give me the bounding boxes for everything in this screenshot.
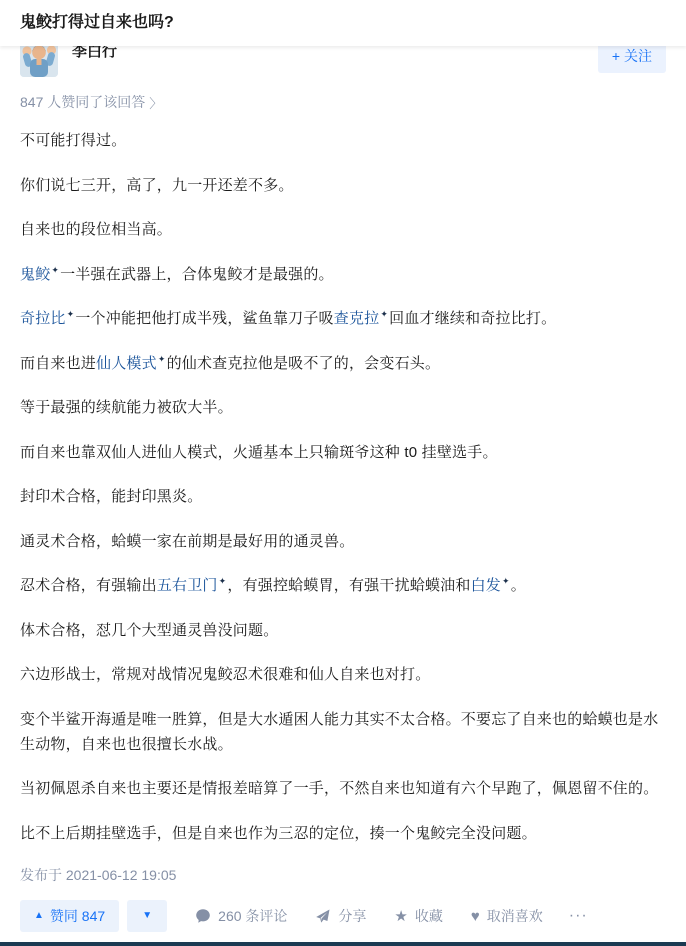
triangle-down-icon: ▼ bbox=[142, 911, 152, 921]
paragraph-text: 你们说七三开，高了，九一开还差不多。 bbox=[20, 177, 294, 194]
question-title[interactable]: 鬼鲛打得过自来也吗? bbox=[20, 11, 666, 35]
entity-search-icon[interactable]: ✦ bbox=[67, 310, 75, 319]
paragraph-text: 。 bbox=[511, 577, 526, 594]
paragraph-text: 不可能打得过。 bbox=[20, 132, 126, 149]
upvote-count-link[interactable]: 847 人赞同了该回答 〉 bbox=[0, 92, 182, 112]
star-icon: ★ bbox=[394, 909, 407, 924]
paragraph-text: 自来也的段位相当高。 bbox=[20, 221, 172, 238]
paragraph-text: 一个冲能把他打成半残，鲨鱼靠刀子吸 bbox=[75, 310, 333, 327]
entity-search-icon[interactable]: ✦ bbox=[158, 355, 166, 364]
paragraph-text: 回血才继续和奇拉比打。 bbox=[389, 310, 556, 327]
bottom-window-edge bbox=[0, 942, 686, 946]
upvote-button-label: 赞同 847 bbox=[50, 906, 105, 926]
comment-bubble-icon bbox=[195, 908, 211, 924]
answer-paragraph: 奇拉比✦一个冲能把他打成半残，鲨鱼靠刀子吸查克拉✦回血才继续和奇拉比打。 bbox=[20, 306, 666, 331]
answer-paragraph: 封印术合格，能封印黑炎。 bbox=[20, 484, 666, 509]
more-options-button[interactable]: ··· bbox=[569, 907, 588, 925]
answer-content: 不可能打得过。你们说七三开，高了，九一开还差不多。自来也的段位相当高。鬼鲛✦一半… bbox=[0, 128, 686, 846]
answer-paragraph: 体术合格，怼几个大型通灵兽没问题。 bbox=[20, 618, 666, 643]
upvote-button[interactable]: ▲ 赞同 847 bbox=[20, 900, 119, 932]
share-label: 分享 bbox=[338, 906, 366, 926]
comments-button[interactable]: 260 条评论 bbox=[195, 906, 287, 926]
chevron-right-icon: 〉 bbox=[149, 93, 162, 112]
paragraph-text: 封印术合格，能封印黑炎。 bbox=[20, 488, 202, 505]
paragraph-text: ，有强控蛤蟆胃，有强干扰蛤蟆油和 bbox=[227, 577, 470, 594]
answer-paragraph: 变个半鲨开海遁是唯一胜算，但是大水遁困人能力其实不太合格。不要忘了自来也的蛤蟆也… bbox=[20, 707, 666, 757]
action-bar: ▲ 赞同 847 ▼ 260 条评论 分享 ★ 收藏 bbox=[0, 900, 686, 932]
entity-link[interactable]: 五右卫门✦ bbox=[157, 577, 228, 594]
answer-paragraph: 自来也的段位相当高。 bbox=[20, 217, 666, 242]
paragraph-text: 忍术合格，有强输出 bbox=[20, 577, 157, 594]
downvote-button[interactable]: ▼ bbox=[127, 900, 167, 932]
paragraph-text: 一半强在武器上，合体鬼鲛才是最强的。 bbox=[60, 266, 334, 283]
answer-paragraph: 等于最强的续航能力被砍大半。 bbox=[20, 395, 666, 420]
entity-link[interactable]: 白发✦ bbox=[471, 577, 511, 594]
paragraph-text: 等于最强的续航能力被砍大半。 bbox=[20, 399, 233, 416]
paragraph-text: 当初佩恩杀自来也主要还是情报差暗算了一手，不然自来也知道有六个早跑了，佩恩留不住… bbox=[20, 780, 658, 797]
paper-plane-icon bbox=[315, 908, 331, 924]
publish-time: 发布于 2021-06-12 19:05 bbox=[0, 865, 686, 885]
entity-search-icon[interactable]: ✦ bbox=[219, 577, 227, 586]
entity-search-icon[interactable]: ✦ bbox=[502, 577, 510, 586]
paragraph-text: 比不上后期挂壁选手，但是自来也作为三忍的定位，揍一个鬼鲛完全没问题。 bbox=[20, 825, 537, 842]
entity-search-icon[interactable]: ✦ bbox=[380, 310, 388, 319]
entity-search-icon[interactable]: ✦ bbox=[51, 266, 59, 275]
follow-button-label: 关注 bbox=[624, 46, 652, 66]
answer-paragraph: 比不上后期挂壁选手，但是自来也作为三忍的定位，揍一个鬼鲛完全没问题。 bbox=[20, 821, 666, 846]
entity-link[interactable]: 奇拉比✦ bbox=[20, 310, 75, 327]
paragraph-text: 体术合格，怼几个大型通灵兽没问题。 bbox=[20, 622, 278, 639]
question-header: 鬼鲛打得过自来也吗? bbox=[0, 0, 686, 46]
triangle-up-icon: ▲ bbox=[34, 911, 44, 921]
entity-link[interactable]: 仙人模式✦ bbox=[96, 355, 167, 372]
entity-link[interactable]: 鬼鲛✦ bbox=[20, 266, 60, 283]
answer-paragraph: 通灵术合格，蛤蟆一家在前期是最好用的通灵兽。 bbox=[20, 529, 666, 554]
answer-paragraph: 你们说七三开，高了，九一开还差不多。 bbox=[20, 173, 666, 198]
collect-label: 收藏 bbox=[415, 906, 443, 926]
paragraph-text: 变个半鲨开海遁是唯一胜算，但是大水遁困人能力其实不太合格。不要忘了自来也的蛤蟆也… bbox=[20, 711, 658, 753]
comments-label: 260 条评论 bbox=[218, 906, 287, 926]
answer-paragraph: 忍术合格，有强输出五右卫门✦，有强控蛤蟆胃，有强干扰蛤蟆油和白发✦。 bbox=[20, 573, 666, 598]
answer-paragraph: 鬼鲛✦一半强在武器上，合体鬼鲛才是最强的。 bbox=[20, 262, 666, 287]
paragraph-text: 六边形战士，常规对战情况鬼鲛忍术很难和仙人自来也对打。 bbox=[20, 666, 430, 683]
answer-paragraph: 六边形战士，常规对战情况鬼鲛忍术很难和仙人自来也对打。 bbox=[20, 662, 666, 687]
unlike-label: 取消喜欢 bbox=[487, 906, 543, 926]
paragraph-text: 而自来也进 bbox=[20, 355, 96, 372]
unlike-button[interactable]: ♥ 取消喜欢 bbox=[471, 906, 543, 926]
collect-button[interactable]: ★ 收藏 bbox=[394, 906, 442, 926]
paragraph-text: 而自来也靠双仙人进仙人模式，火遁基本上只输斑爷这种 t0 挂壁选手。 bbox=[20, 444, 498, 461]
paragraph-text: 通灵术合格，蛤蟆一家在前期是最好用的通灵兽。 bbox=[20, 533, 354, 550]
plus-icon: + bbox=[612, 49, 620, 63]
share-button[interactable]: 分享 bbox=[315, 906, 366, 926]
entity-link[interactable]: 查克拉✦ bbox=[334, 310, 389, 327]
answer-paragraph: 当初佩恩杀自来也主要还是情报差暗算了一手，不然自来也知道有六个早跑了，佩恩留不住… bbox=[20, 776, 666, 801]
answer-paragraph: 而自来也靠双仙人进仙人模式，火遁基本上只输斑爷这种 t0 挂壁选手。 bbox=[20, 440, 666, 465]
paragraph-text: 的仙术查克拉他是吸不了的，会变石头。 bbox=[167, 355, 441, 372]
answer-paragraph: 不可能打得过。 bbox=[20, 128, 666, 153]
zhihu-answer-page: 鬼鲛打得过自来也吗? 李白行 + 关注 847 人赞同了该回答 〉 bbox=[0, 0, 686, 946]
upvote-count-text: 847 人赞同了该回答 bbox=[20, 92, 145, 112]
heart-icon: ♥ bbox=[471, 909, 480, 924]
answer-paragraph: 而自来也进仙人模式✦的仙术查克拉他是吸不了的，会变石头。 bbox=[20, 351, 666, 376]
